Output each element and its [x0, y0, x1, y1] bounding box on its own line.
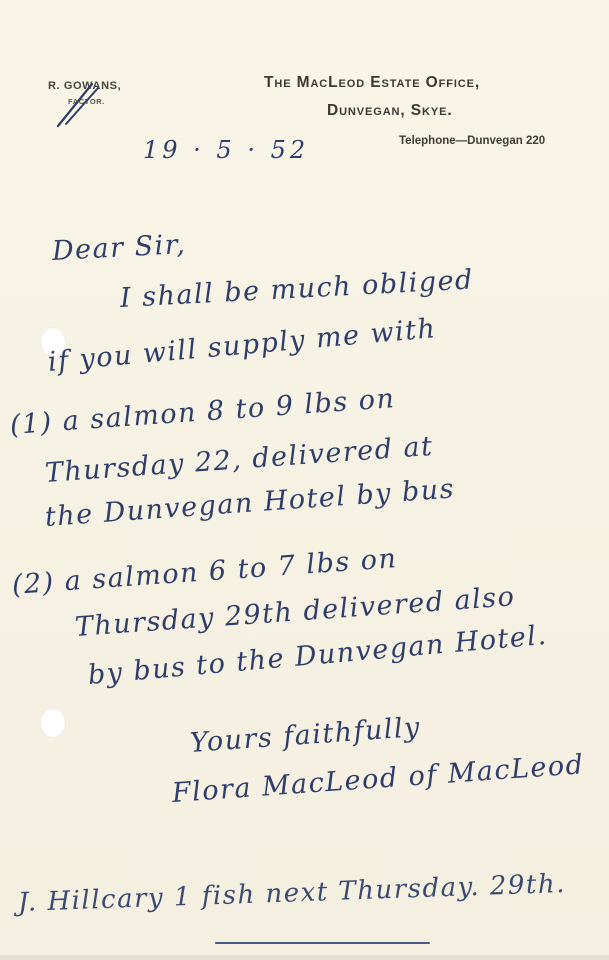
strikethrough-marks	[52, 78, 102, 130]
paper-edge	[0, 955, 609, 960]
telephone: Telephone—Dunvegan 220	[399, 135, 545, 147]
letter-date: 19 · 5 · 52	[143, 136, 309, 164]
office-location: Dunvegan, Skye.	[327, 102, 453, 120]
punch-hole-bottom	[40, 708, 66, 738]
office-name: The MacLeod Estate Office,	[264, 74, 480, 92]
annotation-underline	[215, 942, 430, 944]
